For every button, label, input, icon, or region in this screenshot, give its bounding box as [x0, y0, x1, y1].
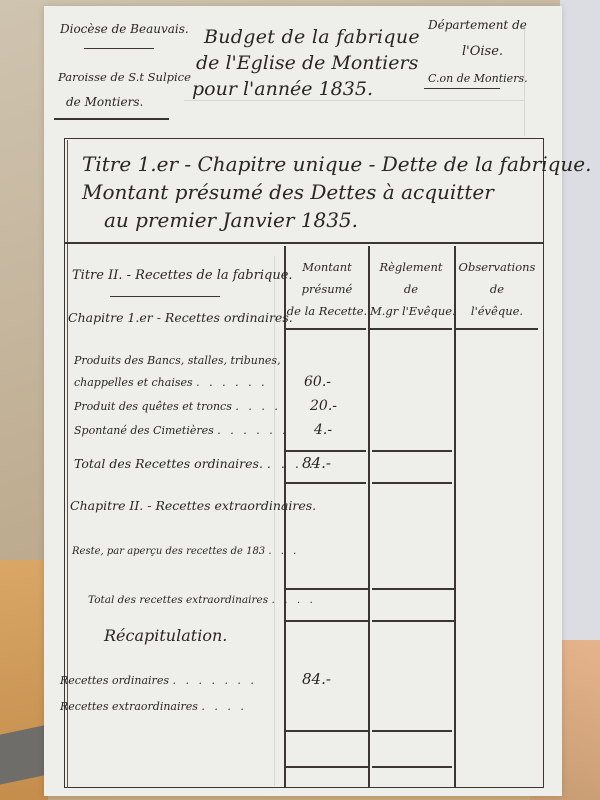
- row-label-text: Total des recettes extraordinaires: [88, 594, 268, 606]
- column-header-line: Règlement: [370, 256, 452, 278]
- amount-value: 4.-: [314, 422, 332, 438]
- row-label-text: Produit des quêtes et troncs: [74, 400, 232, 413]
- total-rule: [286, 482, 366, 484]
- amount-value: 20.-: [310, 398, 337, 414]
- recap-amount: 84.-: [302, 670, 331, 688]
- recap-rule: [286, 730, 368, 732]
- column-header-line: M.gr l'Evêque.: [370, 300, 452, 322]
- column-header-line: l'évêque.: [456, 300, 538, 322]
- row-label-text: Recettes extraordinaires: [60, 700, 198, 713]
- diocese-label: Diocèse de Beauvais.: [60, 22, 189, 36]
- section-divider: [64, 242, 544, 244]
- recap-rule: [286, 766, 368, 768]
- total-ordinaires-amount: 84.-: [302, 454, 331, 472]
- leader-dots: . . .: [268, 546, 299, 557]
- total-ordinaires-label: Total des Recettes ordinaires. . . . .: [74, 456, 316, 471]
- recap-row-label: Recettes ordinaires . . . . . . .: [60, 674, 257, 687]
- divider: [84, 48, 154, 49]
- canton-label: C.on de Montiers.: [428, 72, 528, 85]
- amount-value: 60.-: [304, 374, 331, 390]
- divider: [54, 118, 169, 120]
- column-header-line: de: [456, 278, 538, 300]
- subtotal-rule: [372, 450, 452, 452]
- row-label: chappelles et chaises . . . . . .: [74, 376, 268, 389]
- header-underline: [370, 328, 452, 330]
- parish-label: Paroisse de S.t Sulpice: [58, 70, 191, 84]
- header-underline: [286, 328, 366, 330]
- department-label: Département de: [428, 18, 527, 32]
- subtotal-rule: [372, 588, 454, 590]
- grey-object: [0, 725, 44, 784]
- row-label: Spontané des Cimetières . . . . . .: [74, 424, 289, 437]
- leader-dots: . . . . . . .: [172, 674, 256, 687]
- total-rule: [372, 482, 452, 484]
- divider: [424, 88, 500, 89]
- column-header-reglement: Règlement de M.gr l'Evêque.: [370, 256, 452, 322]
- leader-dots: . . . .: [235, 400, 280, 413]
- titre-1-subheading: Montant présumé des Dettes à acquitter: [82, 180, 494, 204]
- document-title-line3: pour l'année 1835.: [192, 78, 373, 100]
- department-name: l'Oise.: [462, 44, 503, 59]
- column-header-montant: Montant présumé de la Recette.: [286, 256, 368, 322]
- reste-label: Reste, par aperçu des recettes de 183 . …: [72, 546, 299, 557]
- frame-inner-border: [67, 140, 68, 788]
- leader-dots: . . . . . .: [196, 376, 267, 389]
- total-rule: [286, 620, 368, 622]
- row-label-text: Total des Recettes ordinaires.: [74, 456, 263, 471]
- recap-rule: [372, 766, 452, 768]
- parish-label-line2: de Montiers.: [66, 95, 143, 109]
- row-label-text: chappelles et chaises: [74, 376, 193, 389]
- titre-2-heading: Titre II. - Recettes de la fabrique.: [72, 268, 293, 283]
- titre-1-date: au premier Janvier 1835.: [104, 208, 358, 232]
- wooden-surface-left: [0, 560, 48, 800]
- column-header-line: Observations: [456, 256, 538, 278]
- chapitre-2-heading: Chapitre II. - Recettes extraordinaires.: [70, 498, 316, 513]
- total-extraordinaires-label: Total des recettes extraordinaires . . .…: [88, 594, 316, 606]
- row-label: Produits des Bancs, stalles, tribunes,: [74, 354, 281, 367]
- column-header-observations: Observations de l'évêque.: [456, 256, 538, 322]
- leader-dots: . . . .: [271, 594, 315, 606]
- column-header-line: de la Recette.: [286, 300, 368, 322]
- document-title: Budget de la fabrique: [204, 26, 420, 48]
- recapitulation-heading: Récapitulation.: [104, 626, 227, 645]
- ghost-rule: [184, 100, 524, 101]
- background-page: [560, 0, 600, 650]
- row-label: Produit des quêtes et troncs . . . .: [74, 400, 281, 413]
- chapitre-1-heading: Chapitre 1.er - Recettes ordinaires.: [68, 310, 293, 325]
- header-underline: [456, 328, 538, 330]
- leader-dots: . . . . . .: [217, 424, 288, 437]
- recap-row-label: Recettes extraordinaires . . . .: [60, 700, 247, 713]
- recap-rule: [372, 730, 452, 732]
- subtotal-rule: [286, 588, 368, 590]
- total-rule: [372, 620, 454, 622]
- document-title-line2: de l'Eglise de Montiers: [196, 52, 418, 74]
- leader-dots: . . . .: [201, 700, 246, 713]
- column-header-line: Montant: [286, 256, 368, 278]
- row-label-text: Recettes ordinaires: [60, 674, 169, 687]
- column-header-line: de: [370, 278, 452, 300]
- titre-1-heading: Titre 1.er - Chapitre unique - Dette de …: [82, 152, 592, 176]
- row-label-text: Spontané des Cimetières: [74, 424, 214, 437]
- budget-document: Diocèse de Beauvais. Paroisse de S.t Sul…: [44, 6, 562, 796]
- subtotal-rule: [286, 450, 366, 452]
- row-label-text: Reste, par aperçu des recettes de 183: [72, 546, 265, 557]
- divider: [110, 296, 220, 297]
- column-header-line: présumé: [286, 278, 368, 300]
